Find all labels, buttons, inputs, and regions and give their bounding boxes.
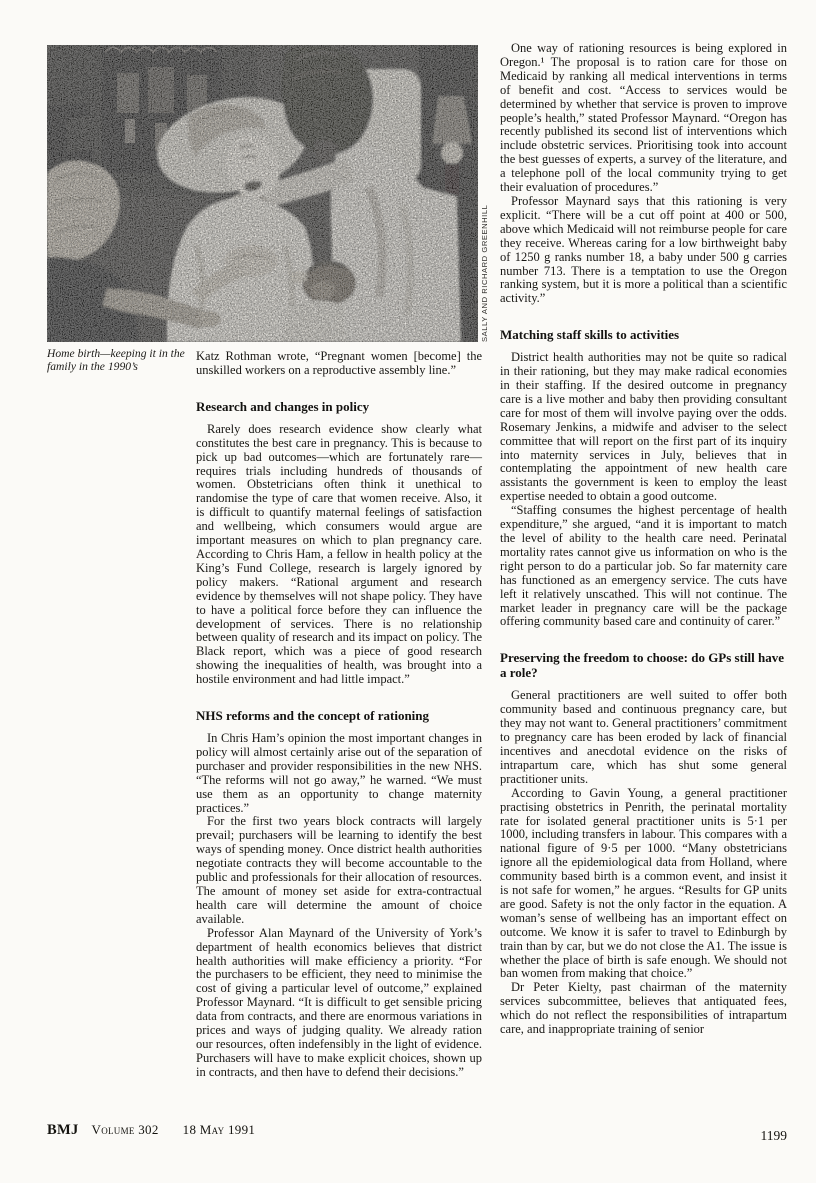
paragraph-continuation: Katz Rothman wrote, “Pregnant women [bec… xyxy=(196,350,482,378)
paragraph: Rarely does research evidence show clear… xyxy=(196,423,482,687)
paragraph: “Staffing consumes the highest percentag… xyxy=(500,504,787,629)
right-column: One way of rationing resources is being … xyxy=(500,42,787,1037)
page-number: 1199 xyxy=(761,1128,788,1144)
home-birth-photo xyxy=(47,45,478,342)
journal-page: SALLY AND RICHARD GREENHILL Home birth—k… xyxy=(0,0,816,1183)
heading-matching-staff-skills: Matching staff skills to activities xyxy=(500,327,787,342)
paragraph: Professor Alan Maynard of the University… xyxy=(196,927,482,1080)
paragraph: Professor Maynard says that this rationi… xyxy=(500,195,787,306)
paragraph: Dr Peter Kielty, past chairman of the ma… xyxy=(500,981,787,1037)
paragraph: For the first two years block contracts … xyxy=(196,815,482,926)
left-column: Katz Rothman wrote, “Pregnant women [bec… xyxy=(196,350,482,1080)
photo-grain xyxy=(47,45,478,342)
journal-date: 18 May 1991 xyxy=(183,1122,256,1137)
heading-research-and-changes-in-policy: Research and changes in policy xyxy=(196,399,482,414)
paragraph: According to Gavin Young, a general prac… xyxy=(500,787,787,982)
photo-caption: Home birth—keeping it in the family in t… xyxy=(47,347,195,373)
heading-nhs-reforms-rationing: NHS reforms and the concept of rationing xyxy=(196,708,482,723)
paragraph: General practitioners are well suited to… xyxy=(500,689,787,786)
journal-title: BMJ xyxy=(47,1122,79,1138)
photo-credit: SALLY AND RICHARD GREENHILL xyxy=(480,156,493,342)
heading-preserving-freedom-to-choose: Preserving the freedom to choose: do GPs… xyxy=(500,650,787,680)
journal-volume: Volume 302 xyxy=(92,1122,159,1137)
paragraph: District health authorities may not be q… xyxy=(500,351,787,504)
journal-footline: BMJVolume 30218 May 1991 xyxy=(47,1122,255,1139)
home-birth-photo-illustration xyxy=(47,45,478,342)
paragraph: In Chris Ham’s opinion the most importan… xyxy=(196,732,482,815)
paragraph: One way of rationing resources is being … xyxy=(500,42,787,195)
